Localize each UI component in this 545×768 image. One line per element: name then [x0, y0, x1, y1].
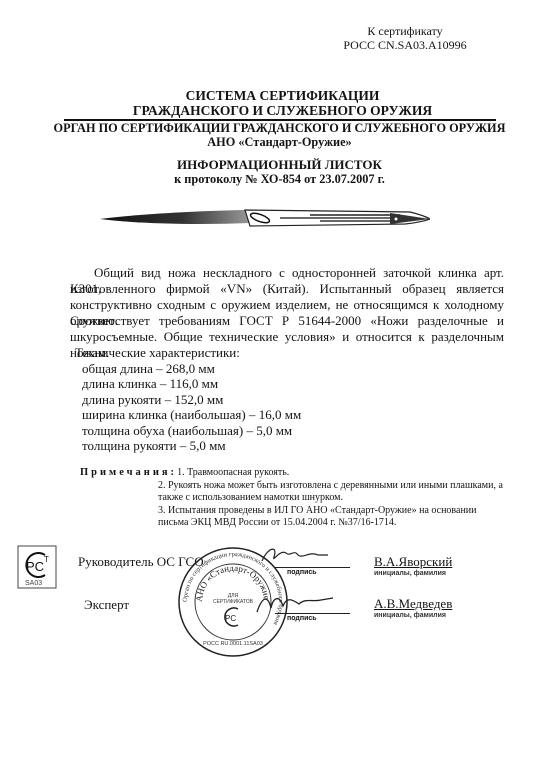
- certificate-ref-number: РОСС CN.SA03.A10996: [330, 38, 480, 52]
- svg-text:PC: PC: [225, 614, 236, 623]
- expert-role-label: Эксперт: [84, 597, 129, 613]
- head-name: В.А.Яворский: [374, 554, 452, 570]
- notes-section: Примечания:1. Травмоопасная рукоять. 2. …: [80, 467, 508, 530]
- certificate-ref-label: К сертификату: [330, 24, 480, 38]
- svg-text:РОСС RU.0001.11SA03: РОСС RU.0001.11SA03: [203, 641, 263, 647]
- description-line: шкуросъемные. Общие технические условия»…: [70, 329, 504, 345]
- spec-item: толщина рукояти – 5,0 мм: [75, 438, 301, 454]
- knife-illustration-icon: [100, 205, 430, 235]
- spec-item: общая длина – 268,0 мм: [75, 361, 301, 377]
- expert-signature-line: [275, 613, 350, 614]
- technical-specs: Технические характеристики: общая длина …: [75, 345, 301, 454]
- note-item: 2. Рукоять ножа может быть изготовлена с…: [80, 480, 508, 505]
- system-title-line1: СИСТЕМА СЕРТИФИКАЦИИ: [10, 88, 545, 103]
- note-item: 1. Травмоопасная рукоять.: [177, 467, 289, 478]
- svg-text:T: T: [44, 555, 49, 564]
- description-line: конструктивно сходным с оружием изделием…: [70, 297, 504, 313]
- expert-signature-caption: подпись: [287, 615, 317, 622]
- spec-item: толщина обуха (наибольшая) – 5,0 мм: [75, 423, 301, 439]
- description-line: изготовленного фирмой «VN» (Китай). Испы…: [70, 281, 504, 297]
- svg-text:СЕРТИФИКАТОВ: СЕРТИФИКАТОВ: [213, 599, 254, 605]
- expert-signature-icon: [255, 590, 335, 615]
- system-title-line2: ГРАЖДАНСКОГО И СЛУЖЕБНОГО ОРУЖИЯ: [10, 103, 545, 118]
- head-name-caption: инициалы, фамилия: [374, 570, 446, 577]
- spec-item: длина клинка – 116,0 мм: [75, 376, 301, 392]
- note-item: 3. Испытания проведены в ИЛ ГО АНО «Стан…: [80, 505, 508, 530]
- spec-item: длина рукояти – 152,0 мм: [75, 392, 301, 408]
- expert-name: А.В.Медведев: [374, 596, 452, 612]
- certificate-reference: К сертификату РОСС CN.SA03.A10996: [330, 24, 480, 52]
- certification-body-line1: ОРГАН ПО СЕРТИФИКАЦИИ ГРАЖДАНСКОГО И СЛУ…: [7, 121, 545, 135]
- gost-certification-logo-icon: PC T SA03: [17, 545, 57, 589]
- spec-item: ширина клинка (наибольшая) – 16,0 мм: [75, 407, 301, 423]
- svg-text:SA03: SA03: [25, 580, 42, 587]
- svg-text:PC: PC: [26, 559, 44, 574]
- protocol-reference: к протоколу № ХО-854 от 23.07.2007 г.: [7, 172, 545, 186]
- certification-body-line2: АНО «Стандарт-Оружие»: [7, 135, 545, 149]
- description-paragraph: Общий вид ножа нескладного с односторонн…: [70, 265, 504, 345]
- specs-title: Технические характеристики:: [75, 345, 301, 361]
- notes-label: Примечания:: [80, 467, 177, 478]
- expert-name-caption: инициалы, фамилия: [374, 612, 446, 619]
- description-line: Общий вид ножа нескладного с односторонн…: [70, 265, 504, 281]
- head-signature-icon: [260, 543, 330, 565]
- head-signature-caption: подпись: [287, 569, 317, 576]
- document-title: ИНФОРМАЦИОННЫЙ ЛИСТОК: [7, 157, 545, 172]
- head-signature-line: [275, 567, 350, 568]
- description-line: Соответствует требованиям ГОСТ Р 51644-2…: [70, 313, 504, 329]
